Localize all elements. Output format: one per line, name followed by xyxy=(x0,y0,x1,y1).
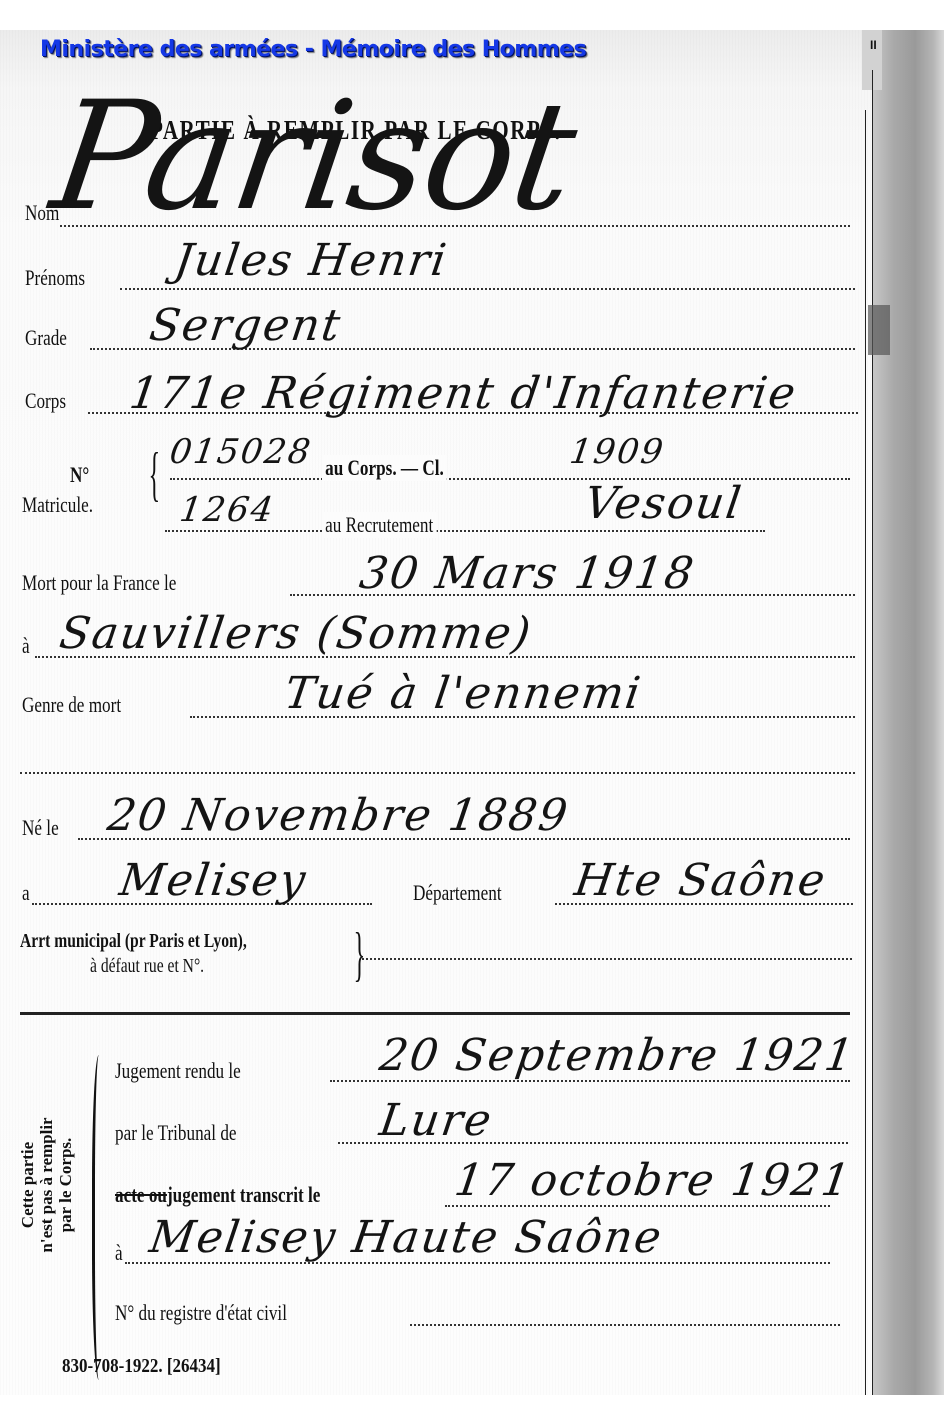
jugement-rendu-value: 20 Septembre 1921 xyxy=(376,1030,858,1081)
grade-value: Sergent xyxy=(146,300,345,351)
departement-value: Hte Saône xyxy=(571,855,829,906)
ink-smudge xyxy=(868,305,890,355)
registre-label: N° du registre d'état civil xyxy=(115,1300,287,1326)
right-margin-rule-outer xyxy=(872,70,873,1395)
side-note-line: Cette partie xyxy=(18,1100,37,1270)
tribunal-label: par le Tribunal de xyxy=(115,1120,237,1146)
grade-label: Grade xyxy=(25,325,67,351)
transcrit-label-text: jugement transcrit le xyxy=(167,1182,320,1207)
arr-brace: } xyxy=(354,920,366,989)
arr-municipal-sublabel: à défaut rue et N°. xyxy=(90,955,204,978)
ne-a-value: Melisey xyxy=(116,855,310,906)
ne-a-label: a xyxy=(22,880,30,906)
departement-label: Département xyxy=(413,880,502,906)
recrutement-number: 1264 xyxy=(177,490,277,530)
blank-line xyxy=(20,772,855,774)
matricule-recrutement-line xyxy=(165,530,765,532)
transcrit-lieu-label: à xyxy=(115,1240,123,1266)
matricule-label: Matricule. xyxy=(22,492,93,518)
corps-label: Corps xyxy=(25,388,66,414)
transcrit-value: 17 octobre 1921 xyxy=(451,1155,855,1206)
matricule-corps-number: 015028 xyxy=(167,432,314,472)
ne-le-label: Né le xyxy=(22,815,59,841)
transcrit-lieu-value: Melisey Haute Saône xyxy=(146,1212,666,1263)
tribunal-value: Lure xyxy=(376,1095,496,1146)
recrutement-place: Vesoul xyxy=(581,478,745,529)
transcrit-struck-label: acte ou xyxy=(115,1182,167,1207)
mort-lieu-value: Sauvillers (Somme) xyxy=(56,608,535,659)
prenoms-line xyxy=(120,288,855,290)
arr-municipal-label: Arrt municipal (pr Paris et Lyon), xyxy=(20,930,247,953)
arr-municipal-line xyxy=(362,958,852,960)
paper-edge-shadow xyxy=(872,30,944,1395)
ne-le-value: 20 Novembre 1889 xyxy=(104,790,572,841)
au-corps-label: au Corps. — Cl. xyxy=(322,455,447,481)
registre-line xyxy=(410,1324,840,1326)
mort-lieu-label: à xyxy=(22,633,30,659)
au-recrutement-label: au Recrutement xyxy=(322,512,436,538)
matricule-brace: { xyxy=(149,440,161,509)
prenoms-label: Prénoms xyxy=(25,265,85,291)
matricule-corps-line xyxy=(170,478,850,480)
corps-value: 171e Régiment d'Infanterie xyxy=(126,368,800,419)
side-note-line: par le Corps. xyxy=(56,1100,75,1270)
right-margin-rule xyxy=(865,110,866,1395)
section-divider xyxy=(20,1012,850,1015)
mort-date-label: Mort pour la France le xyxy=(22,570,176,596)
watermark: Ministère des armées - Mémoire des Homme… xyxy=(40,37,586,62)
matricule-label-no: N° xyxy=(70,462,89,488)
side-note: Cette partie n'est pas à remplir par le … xyxy=(18,1100,75,1270)
print-reference: 830-708-1922. [26434] xyxy=(62,1355,221,1378)
genre-mort-value: Tué à l'ennemi xyxy=(281,668,645,719)
classe-value: 1909 xyxy=(567,432,667,472)
prenoms-value: Jules Henri xyxy=(171,235,451,286)
genre-mort-label: Genre de mort xyxy=(22,692,121,718)
civil-section-brace xyxy=(92,1055,109,1380)
transcrit-label: acte oujugement transcrit le xyxy=(115,1182,320,1208)
margin-mark: II xyxy=(870,38,877,52)
mort-date-value: 30 Mars 1918 xyxy=(356,548,698,599)
nom-value: Parisot xyxy=(43,70,584,244)
side-note-line: n'est pas à remplir xyxy=(37,1100,56,1270)
jugement-rendu-label: Jugement rendu le xyxy=(115,1058,241,1084)
